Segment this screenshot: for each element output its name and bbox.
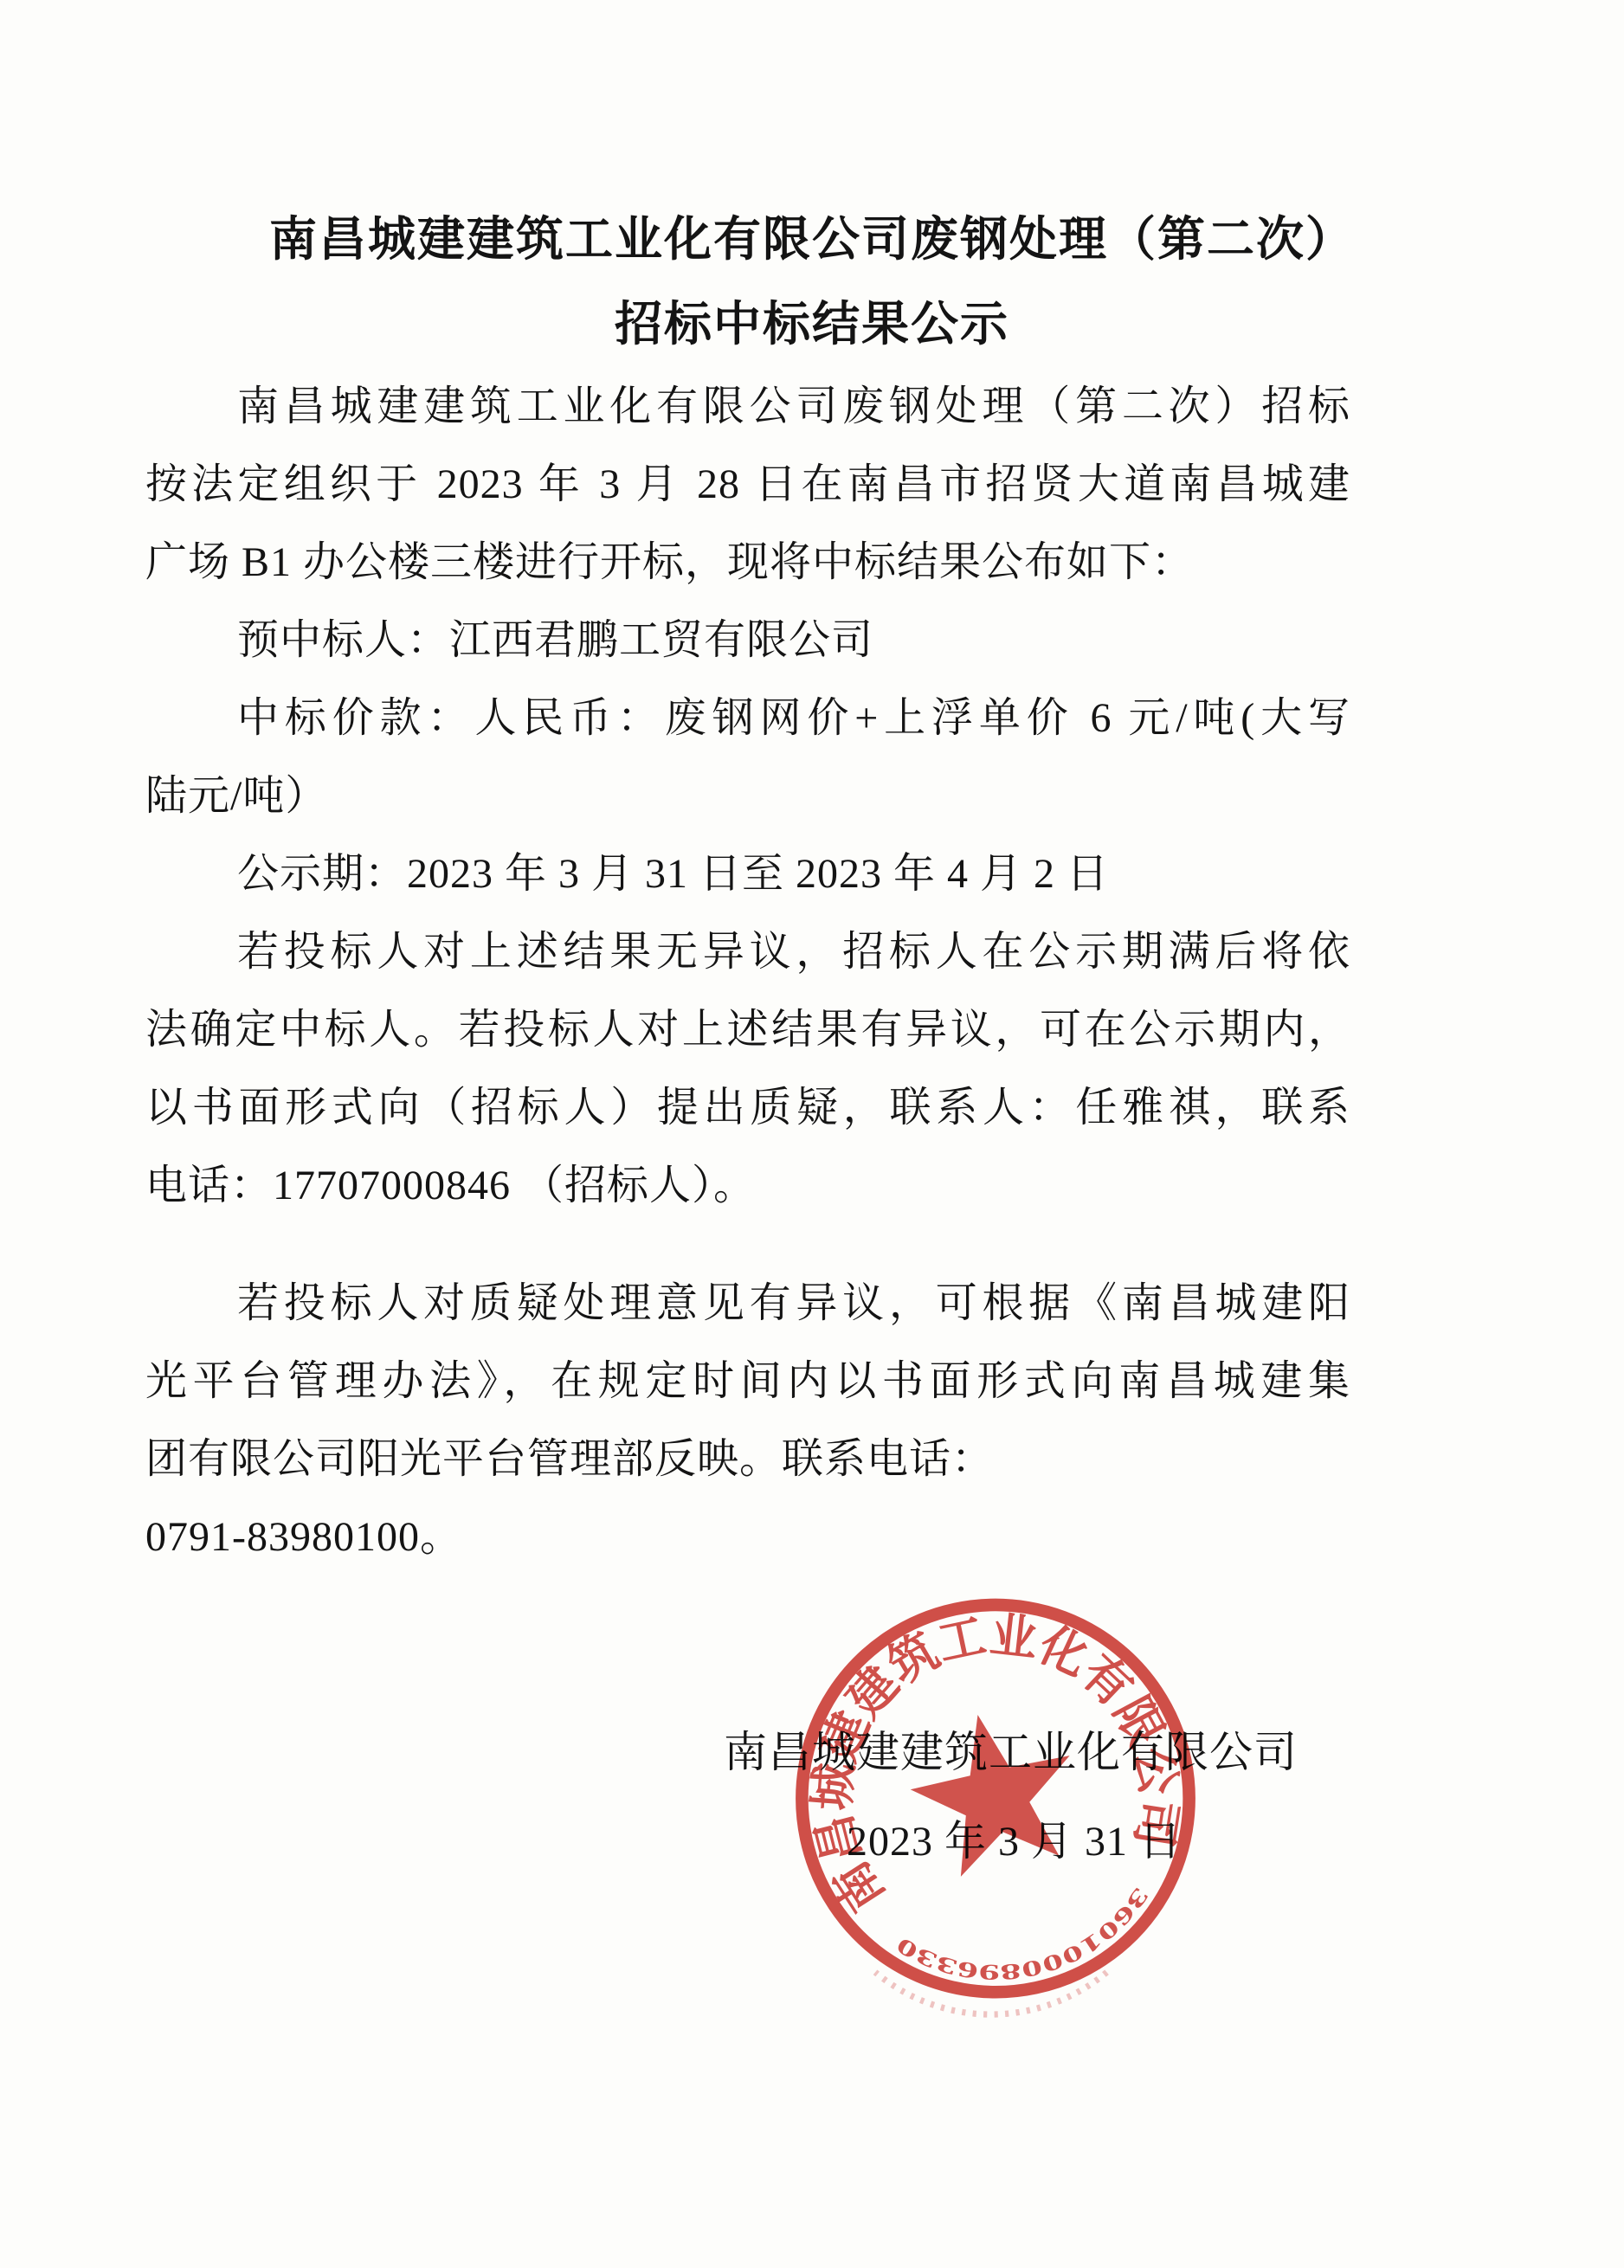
body-line: 法确定中标人。若投标人对上述结果有异议，可在公示期内， [145, 991, 1350, 1069]
body-line: 公示期：2023 年 3 月 31 日至 2023 年 4 月 2 日 [145, 835, 1350, 913]
body-line: 南昌城建建筑工业化有限公司废钢处理（第二次）招标 [145, 368, 1350, 446]
company-seal-stamp: 南昌城建建筑工业化有限公司 3601000896330 [779, 1582, 1212, 2033]
stamp-star-icon [898, 1698, 1089, 1883]
body-line: 以书面形式向（招标人）提出质疑，联系人：任雅祺，联系 [145, 1069, 1350, 1147]
document-title-line1: 南昌城建建筑工业化有限公司废钢处理（第二次） [0, 201, 1624, 269]
body-line: 预中标人：江西君鹏工贸有限公司 [145, 602, 1350, 680]
body-line: 广场 B1 办公楼三楼进行开标，现将中标结果公布如下： [145, 524, 1350, 602]
body-line: 电话：17707000846 （招标人）。 [145, 1147, 1350, 1225]
document-title-line2: 招标中标结果公示 [0, 286, 1624, 354]
body-line: 若投标人对上述结果无异议，招标人在公示期满后将依 [145, 913, 1350, 991]
body-line: 按法定组织于 2023 年 3 月 28 日在南昌市招贤大道南昌城建 [145, 446, 1350, 524]
body-line: 若投标人对质疑处理意见有异议，可根据《南昌城建阳 [145, 1265, 1350, 1343]
body-line: 0791-83980100。 [145, 1498, 1350, 1576]
body-line: 陆元/吨） [145, 757, 1350, 835]
body-line: 中标价款：人民币：废钢网价+上浮单价 6 元/吨(大写 [145, 680, 1350, 757]
document-body: 南昌城建建筑工业化有限公司废钢处理（第二次）招标 按法定组织于 2023 年 3… [145, 368, 1350, 1576]
document-page: 南昌城建建筑工业化有限公司废钢处理（第二次） 招标中标结果公示 南昌城建建筑工业… [0, 0, 1624, 2268]
body-line: 团有限公司阳光平台管理部反映。联系电话： [145, 1421, 1350, 1498]
body-line: 光平台管理办法》，在规定时间内以书面形式向南昌城建集 [145, 1343, 1350, 1421]
